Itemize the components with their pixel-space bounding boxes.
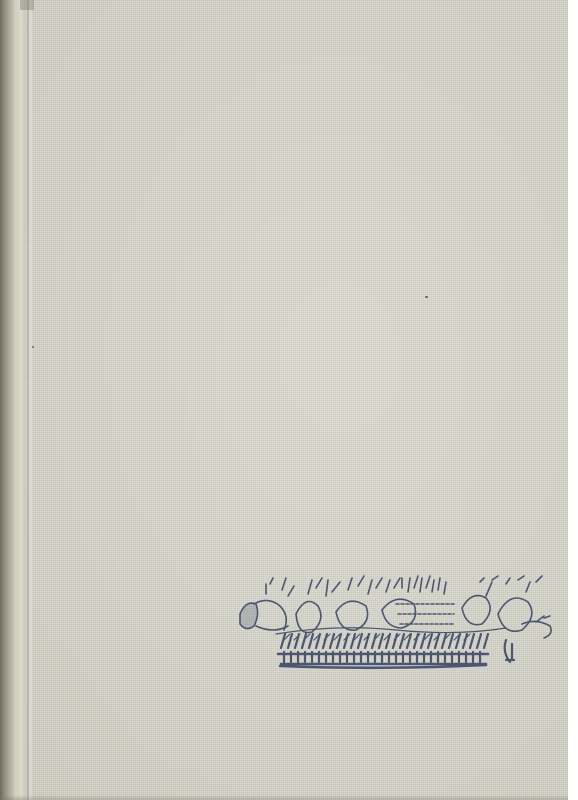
book-cover [0, 0, 568, 800]
spine-band [14, 0, 26, 800]
cover-speck [32, 346, 34, 348]
spine-shadow [0, 0, 14, 800]
bottom-edge-shadow [0, 795, 568, 800]
hinge-highlight [29, 0, 32, 800]
cavalry-procession-illustration-icon [236, 574, 556, 674]
corner-wear [20, 0, 34, 10]
cover-speck [425, 296, 428, 298]
